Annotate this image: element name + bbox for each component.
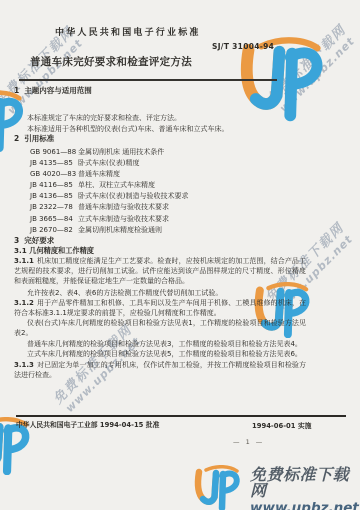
reference-title: 金属切削机床 通用技术条件 [78, 147, 164, 157]
header-rule [19, 79, 277, 81]
reference-code: GB 4020—83 [30, 169, 78, 179]
clause-number: 3.1.1 [14, 257, 34, 265]
section2-number: 2 [14, 134, 19, 143]
section1-paragraph: 本标准规定了车床的完好要求和检查、评定方法。 [14, 113, 306, 123]
clause-3-1-title: 几何精度和工作精度 [29, 246, 94, 255]
watermark-site-url: www.upbz.net [250, 502, 360, 510]
reference-code: JB 4116—85 [30, 180, 78, 190]
standard-number: SJ/T 31004-94 [212, 42, 274, 51]
reference-item: JB 2670—82金属切削机床精度检验通则 [30, 225, 306, 236]
watermark-bottom-text: 免费标准下载网 www.upbz.net [250, 467, 360, 510]
reference-title: 立式车床制造与验收技术要求 [78, 214, 169, 224]
reference-code: JB 4136—85 [30, 191, 78, 201]
reference-code: JB 3665—84 [30, 214, 78, 224]
watermark-site-name: 免费标准下载网 [250, 467, 360, 499]
clause-3-1-number: 3.1 [14, 246, 27, 255]
clause-3-1-1: 3.1.1机床加工精度应能满足生产工艺要求。检查时，应按机床规定的加工范围，结合… [14, 256, 306, 286]
reference-title: 普通车床制造与验收技术要求 [78, 202, 169, 212]
standard-org-line: 中华人民共和国电子行业标准 [55, 25, 201, 38]
section2-heading: 2引用标准 [14, 134, 306, 144]
implementation-date: 1994-06-01 实施 [252, 420, 311, 430]
reference-item: JB 4135—85卧式车床(仪表)精度 [30, 158, 306, 169]
section2-title: 引用标准 [24, 134, 54, 143]
clause-3-1-2: 3.1.2用于产品零件精加工和机修、工具车间以及生产车间用于机修、工模具维修的机… [14, 298, 306, 318]
clause-text: 用于产品零件精加工和机修、工具车间以及生产车间用于机修、工模具维修的机床，在符合… [14, 299, 306, 317]
reference-code: JB 2322—78 [30, 202, 78, 212]
reference-title: 卧式车床(仪表)精度 [78, 158, 139, 168]
clause-3-1-2-item: 普通车床几何精度的检验项目和检验方法见表3，工作精度的检验项目和检验方法见表4。 [14, 339, 306, 349]
document-title: 普通车床完好要求和检查评定方法 [30, 54, 192, 69]
reference-title: 金属切削机床精度检验通则 [78, 225, 162, 235]
section1-paragraph: 本标准适用于各种机型的仪表(台式)车床、普通车床和立式车床。 [14, 124, 306, 134]
clause-3-1-heading: 3.1 几何精度和工作精度 [14, 246, 306, 256]
scanned-standard-document-page: 免费标准下载网 www.upbz.net 免费标准下载网 www.upbz.ne… [0, 0, 360, 510]
section1-title: 主题内容与适用范围 [24, 86, 92, 95]
reference-item: JB 4116—85单柱、双柱立式车床精度 [30, 180, 306, 191]
section1-heading: 1主题内容与适用范围 [14, 86, 306, 96]
footer-rule [16, 415, 346, 417]
reference-title: 单柱、双柱立式车床精度 [78, 180, 155, 190]
reference-item: GB 4020—83普通车床精度 [30, 169, 306, 180]
reference-code: JB 2670—82 [30, 225, 78, 235]
section3-number: 3 [14, 236, 19, 245]
clause-number: 3.1.3 [14, 361, 34, 369]
page-number: — 1 — [233, 438, 264, 446]
reference-item: JB 4136—85卧式车床(仪表)制造与验收技术要求 [30, 191, 306, 202]
clause-text: 对已固定为单一加工的专用机床，仅作试件加工检验，并按工作精度检验项目和检验方法进… [14, 361, 306, 379]
reference-code: JB 4135—85 [30, 158, 78, 168]
reference-item: JB 2322—78普通车床制造与验收技术要求 [30, 202, 306, 213]
reference-item: GB 9061—88金属切削机床 通用技术条件 [30, 147, 306, 158]
reference-title: 普通车床精度 [78, 169, 120, 179]
reference-list: GB 9061—88金属切削机床 通用技术条件 JB 4135—85卧式车床(仪… [14, 147, 306, 237]
clause-text: 机床加工精度应能满足生产工艺要求。检查时，应按机床规定的加工范围，结合产品工艺规… [14, 257, 306, 285]
section3-heading: 3完好要求 [14, 236, 306, 246]
document-body: 1主题内容与适用范围 本标准规定了车床的完好要求和检查、评定方法。 本标准适用于… [14, 86, 306, 380]
clause-number: 3.1.2 [14, 299, 34, 307]
approval-line: 中华人民共和国电子工业部 1994-04-15 批准 [16, 419, 159, 429]
clause-3-1-2-item: 立式车床几何精度的检验项目和检验方法见表5，工作精度的检验项目和检验方法见表6。 [14, 349, 306, 359]
reference-title: 卧式车床(仪表)制造与验收技术要求 [78, 191, 188, 201]
upbz-logo-icon [188, 465, 248, 510]
reference-code: GB 9061—88 [30, 147, 78, 157]
reference-item: JB 3665—84立式车床制造与验收技术要求 [30, 214, 306, 225]
section1-number: 1 [14, 86, 19, 95]
clause-3-1-3: 3.1.3对已固定为单一加工的专用机床，仅作试件加工检验，并按工作精度检验项目和… [14, 360, 306, 380]
section3-title: 完好要求 [24, 236, 54, 245]
clause-3-1-1-note: 允许按表2、表4、表6的方法检测工作精度代替切削加工试验。 [14, 288, 306, 298]
clause-3-1-2-item: 仪表(台式)车床几何精度的检验项目和检验方法见表1，工作精度的检验项目和检验方法… [14, 318, 306, 338]
